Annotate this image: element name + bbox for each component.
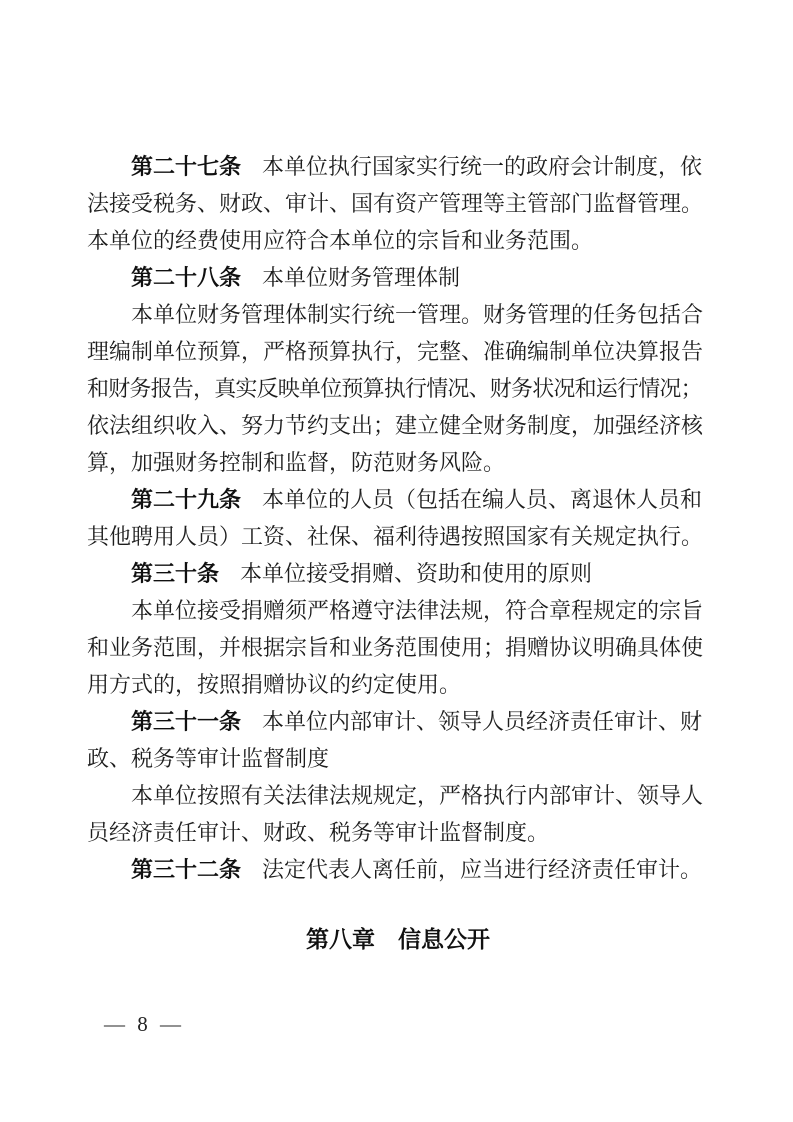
document-line: 和业务范围，并根据宗旨和业务范围使用；捐赠协议明确具体使: [87, 629, 709, 666]
document-line: 其他聘用人员）工资、社保、福利待遇按照国家有关规定执行。: [87, 518, 709, 555]
line-text: 本单位接受捐赠须严格遵守法律法规，符合章程规定的宗旨: [131, 598, 703, 623]
document-line: 和财务报告，真实反映单位预算执行情况、财务状况和运行情况；: [87, 370, 709, 407]
line-text: 依法组织收入、努力节约支出；建立健全财务制度，加强经济核: [87, 413, 703, 438]
article-number: 第二十九条: [131, 487, 241, 512]
document-line: 依法组织收入、努力节约支出；建立健全财务制度，加强经济核: [87, 407, 709, 444]
article-number: 第三十条: [131, 561, 219, 586]
article-number: 第二十八条: [131, 265, 241, 290]
document-line: 本单位接受捐赠须严格遵守法律法规，符合章程规定的宗旨: [87, 592, 709, 629]
line-text: 本单位的人员（包括在编人员、离退休人员和: [262, 487, 702, 512]
line-text: 用方式的，按照捐赠协议的约定使用。: [87, 672, 461, 697]
document-line: 第三十一条本单位内部审计、领导人员经济责任审计、财: [87, 703, 709, 740]
document-line: 理编制单位预算，严格预算执行，完整、准确编制单位决算报告: [87, 333, 709, 370]
document-line: 第二十八条本单位财务管理体制: [87, 259, 709, 296]
document-line: 第三十二条法定代表人离任前，应当进行经济责任审计。: [87, 851, 709, 888]
document-line: 第二十九条本单位的人员（包括在编人员、离退休人员和: [87, 481, 709, 518]
article-number: 第三十一条: [131, 709, 241, 734]
line-text: 员经济责任审计、财政、税务等审计监督制度。: [87, 820, 549, 845]
line-text: 理编制单位预算，严格预算执行，完整、准确编制单位决算报告: [87, 339, 703, 364]
line-text: 政、税务等审计监督制度: [87, 746, 329, 771]
line-text: 和财务报告，真实反映单位预算执行情况、财务状况和运行情况；: [87, 376, 702, 401]
page-number: — 8 —: [104, 1007, 183, 1041]
line-text: 本单位执行国家实行统一的政府会计制度，依: [262, 154, 702, 179]
document-line: 政、税务等审计监督制度: [87, 740, 709, 777]
line-text: 本单位财务管理体制实行统一管理。财务管理的任务包括合: [131, 302, 703, 327]
document-line: 法接受税务、财政、审计、国有资产管理等主管部门监督管理。: [87, 185, 709, 222]
document-line: 本单位的经费使用应符合本单位的宗旨和业务范围。: [87, 222, 709, 259]
line-text: 本单位的经费使用应符合本单位的宗旨和业务范围。: [87, 228, 593, 253]
line-text: 法定代表人离任前，应当进行经济责任审计。: [262, 857, 702, 882]
line-text: 法接受税务、财政、审计、国有资产管理等主管部门监督管理。: [87, 191, 703, 216]
document-line: 本单位按照有关法律法规规定，严格执行内部审计、领导人: [87, 777, 709, 814]
line-text: 算，加强财务控制和监督，防范财务风险。: [87, 450, 505, 475]
article-number: 第三十二条: [131, 857, 241, 882]
line-text: 本单位内部审计、领导人员经济责任审计、财: [262, 709, 702, 734]
line-text: 其他聘用人员）工资、社保、福利待遇按照国家有关规定执行。: [87, 524, 703, 549]
line-text: 和业务范围，并根据宗旨和业务范围使用；捐赠协议明确具体使: [87, 635, 703, 660]
line-text: 本单位财务管理体制: [262, 265, 460, 290]
document-line: 第三十条本单位接受捐赠、资助和使用的原则: [87, 555, 709, 592]
document-body: 第二十七条本单位执行国家实行统一的政府会计制度，依 法接受税务、财政、审计、国有…: [87, 148, 709, 958]
document-line: 用方式的，按照捐赠协议的约定使用。: [87, 666, 709, 703]
document-line: 员经济责任审计、财政、税务等审计监督制度。: [87, 814, 709, 851]
document-line: 第二十七条本单位执行国家实行统一的政府会计制度，依: [87, 148, 709, 185]
document-line: 本单位财务管理体制实行统一管理。财务管理的任务包括合: [87, 296, 709, 333]
document-line: 算，加强财务控制和监督，防范财务风险。: [87, 444, 709, 481]
line-text: 本单位按照有关法律法规规定，严格执行内部审计、领导人: [131, 783, 703, 808]
chapter-heading: 第八章 信息公开: [87, 921, 709, 958]
document-page: 第二十七条本单位执行国家实行统一的政府会计制度，依 法接受税务、财政、审计、国有…: [0, 0, 793, 1122]
line-text: 本单位接受捐赠、资助和使用的原则: [240, 561, 592, 586]
article-number: 第二十七条: [131, 154, 241, 179]
